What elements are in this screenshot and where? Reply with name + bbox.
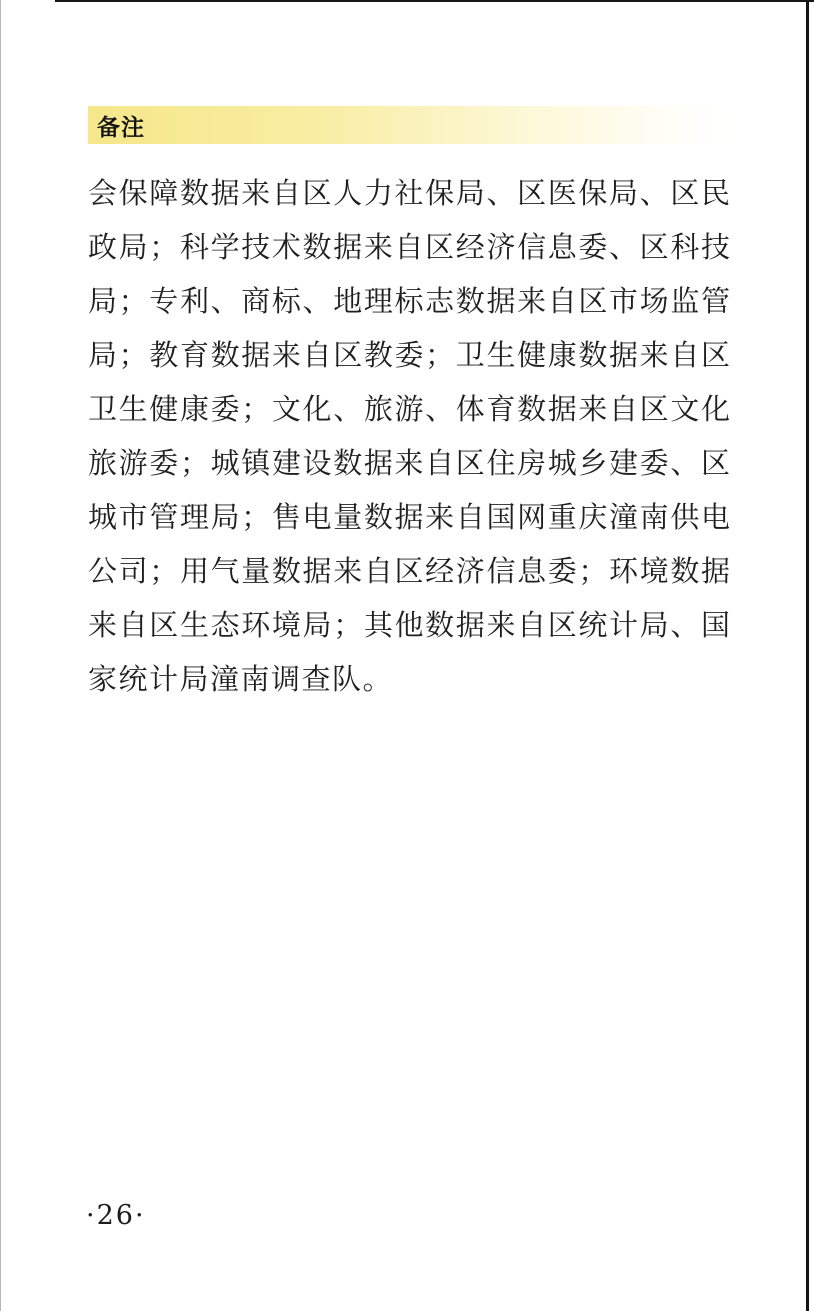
scan-border-top xyxy=(55,0,814,2)
paragraph-line: 旅游委；城镇建设数据来自区住房城乡建委、区 xyxy=(88,436,730,490)
paragraph-line: 公司；用气量数据来自区经济信息委；环境数据 xyxy=(88,544,730,598)
notes-header-bar: 备注 xyxy=(88,106,730,144)
notes-header-label: 备注 xyxy=(88,109,145,142)
paragraph-line: 会保障数据来自区人力社保局、区医保局、区民 xyxy=(88,166,730,220)
scanned-document-page: 备注 会保障数据来自区人力社保局、区医保局、区民 政局；科学技术数据来自区经济信… xyxy=(0,0,814,1311)
paragraph-line: 局；教育数据来自区教委；卫生健康数据来自区 xyxy=(88,328,730,382)
paragraph-line: 来自区生态环境局；其他数据来自区统计局、国 xyxy=(88,598,730,652)
paragraph-line: 卫生健康委；文化、旅游、体育数据来自区文化 xyxy=(88,382,730,436)
page-number: ·26· xyxy=(86,1196,146,1236)
paragraph-line: 城市管理局；售电量数据来自国网重庆潼南供电 xyxy=(88,490,730,544)
scan-border-left xyxy=(0,0,1,1311)
paragraph-line-last: 家统计局潼南调查队。 xyxy=(88,652,730,706)
paragraph-line: 政局；科学技术数据来自区经济信息委、区科技 xyxy=(88,220,730,274)
scan-border-right xyxy=(806,0,809,1311)
notes-paragraph: 会保障数据来自区人力社保局、区医保局、区民 政局；科学技术数据来自区经济信息委、… xyxy=(88,166,730,706)
paragraph-line: 局；专利、商标、地理标志数据来自区市场监管 xyxy=(88,274,730,328)
